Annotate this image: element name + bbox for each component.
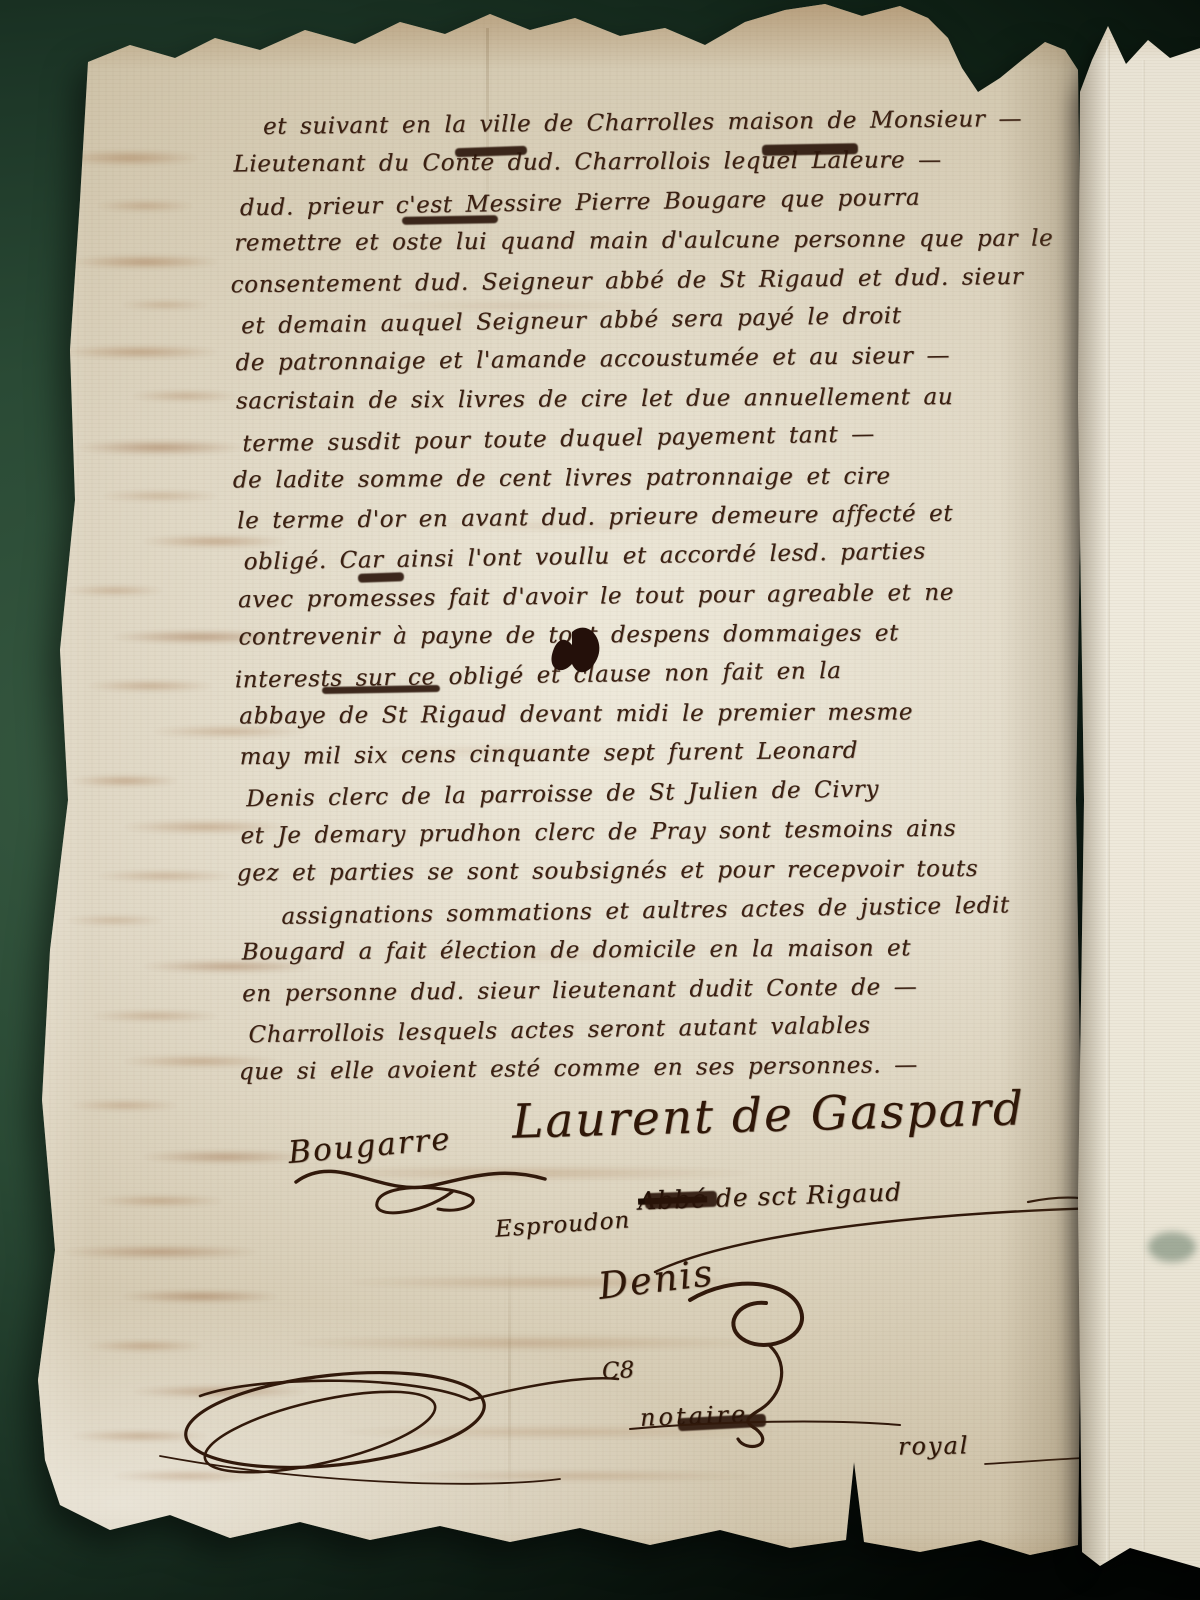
manuscript-leaf-verso-blank xyxy=(0,0,1200,1600)
fold-crease xyxy=(1142,60,1145,1550)
manuscript-photo: et suivant en la ville de Charrolles mai… xyxy=(0,0,1200,1600)
fold-crease xyxy=(1106,40,1110,1560)
green-stain xyxy=(1148,1232,1196,1262)
